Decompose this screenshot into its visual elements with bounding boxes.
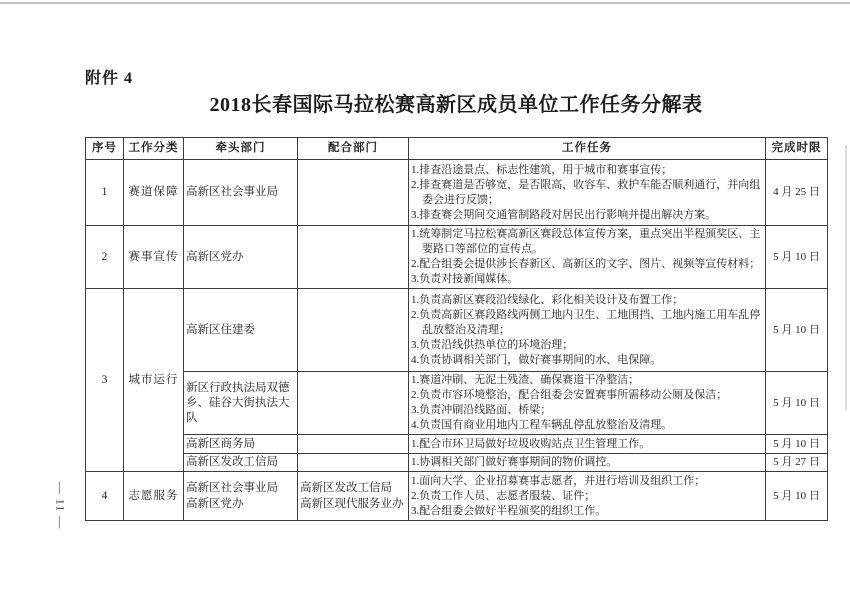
scan-artifact-top-edge	[0, 2, 850, 4]
cell-category: 赛事宣传	[124, 226, 184, 289]
task-item: 4.负责协调相关部门，做好赛事期间的水、电保障。	[411, 353, 763, 368]
cell-seq: 3	[86, 289, 124, 472]
cell-lead-dept: 新区行政执法局双德乡、硅谷大街执法大队	[184, 372, 298, 435]
cell-lead-dept: 高新区党办	[184, 226, 298, 289]
table-row: 3 城市运行 高新区住建委 1.负责高新区赛段沿线绿化、彩化相关设计及布置工作；…	[86, 289, 828, 372]
task-item: 1.配合市环卫局做好垃圾收购站点卫生管理工作。	[411, 437, 763, 452]
cell-tasks: 1.统筹制定马拉松赛高新区赛段总体宣传方案，重点突出半程颁奖区、主要路口等部位的…	[409, 226, 766, 289]
dept-line: 高新区现代服务业办	[300, 496, 406, 512]
cell-lead-dept: 高新区住建委	[184, 289, 298, 372]
task-item: 1.面向大学、企业招募赛事志愿者，并进行培训及组织工作；	[411, 474, 763, 489]
task-item: 3.负责沿线供热单位的环境治理；	[411, 338, 763, 353]
table-row: 高新区商务局 1.配合市环卫局做好垃圾收购站点卫生管理工作。 5 月 10 日	[86, 435, 828, 454]
attachment-label: 附件 4	[85, 65, 133, 88]
cell-seq: 4	[86, 472, 124, 521]
task-table: 序号 工作分类 牵头部门 配合部门 工作任务 完成时限 1 赛道保障 高新区社会…	[85, 137, 828, 521]
cell-support-dept	[298, 372, 409, 435]
task-item: 1.协调相关部门做好赛事期间的物价调控。	[411, 455, 763, 470]
cell-category: 城市运行	[124, 289, 184, 472]
cell-category: 志愿服务	[124, 472, 184, 521]
task-item: 3.负责冲刷沿线路面、桥梁；	[411, 403, 763, 418]
cell-tasks: 1.面向大学、企业招募赛事志愿者，并进行培训及组织工作；2.负责工作人员、志愿者…	[409, 472, 766, 521]
header-lead-dept: 牵头部门	[184, 138, 298, 160]
header-support-dept: 配合部门	[298, 138, 409, 160]
cell-deadline: 5 月 10 日	[766, 435, 828, 454]
task-item: 3.配合组委会做好半程颁奖的组织工作。	[411, 504, 763, 519]
task-item: 1.负责高新区赛段沿线绿化、彩化相关设计及布置工作；	[411, 293, 763, 308]
task-item: 2.排查赛道是否够宽，是否限高，收容车、救护车能否顺利通行，并向组委会进行反馈；	[411, 178, 763, 208]
page-title: 2018长春国际马拉松赛高新区成员单位工作任务分解表	[85, 88, 827, 117]
cell-support-dept	[298, 435, 409, 454]
task-item: 1.赛道冲刷、无泥土残渣、确保赛道干净整洁；	[411, 373, 763, 388]
header-deadline: 完成时限	[766, 138, 828, 160]
cell-tasks: 1.配合市环卫局做好垃圾收购站点卫生管理工作。	[409, 435, 766, 454]
task-item: 2.负责工作人员、志愿者服装、证件；	[411, 489, 763, 504]
table-row: 2 赛事宣传 高新区党办 1.统筹制定马拉松赛高新区赛段总体宣传方案，重点突出半…	[86, 226, 828, 289]
task-item: 1.排查沿途景点、标志性建筑，用于城市和赛事宣传；	[411, 163, 763, 178]
dept-line: 高新区发改工信局	[300, 480, 406, 496]
cell-tasks: 1.赛道冲刷、无泥土残渣、确保赛道干净整洁；2.负责市容环境整治，配合组委会安置…	[409, 372, 766, 435]
cell-lead-dept: 高新区商务局	[184, 435, 298, 454]
task-item: 1.统筹制定马拉松赛高新区赛段总体宣传方案，重点突出半程颁奖区、主要路口等部位的…	[411, 227, 763, 257]
task-item: 2.负责市容环境整治，配合组委会安置赛事所需移动公厕及保洁；	[411, 388, 763, 403]
cell-lead-dept: 高新区社会事业局	[184, 160, 298, 226]
cell-tasks: 1.负责高新区赛段沿线绿化、彩化相关设计及布置工作；2.负责高新区赛段路线两侧工…	[409, 289, 766, 372]
cell-support-dept	[298, 454, 409, 472]
cell-support-dept	[298, 226, 409, 289]
table-row: 1 赛道保障 高新区社会事业局 1.排查沿途景点、标志性建筑，用于城市和赛事宣传…	[86, 160, 828, 226]
cell-support-dept	[298, 160, 409, 226]
scan-artifact-right-edge	[845, 145, 847, 410]
cell-category: 赛道保障	[124, 160, 184, 226]
document-page: 附件 4 2018长春国际马拉松赛高新区成员单位工作任务分解表 — 11 — 序…	[0, 0, 850, 602]
task-item: 3.负责对接新闻媒体。	[411, 272, 763, 287]
header-tasks: 工作任务	[409, 138, 766, 160]
cell-seq: 2	[86, 226, 124, 289]
header-category: 工作分类	[124, 138, 184, 160]
table-row: 高新区发改工信局 1.协调相关部门做好赛事期间的物价调控。 5 月 27 日	[86, 454, 828, 472]
cell-support-dept: 高新区发改工信局高新区现代服务业办	[298, 472, 409, 521]
cell-lead-dept: 高新区发改工信局	[184, 454, 298, 472]
table-row: 新区行政执法局双德乡、硅谷大街执法大队 1.赛道冲刷、无泥土残渣、确保赛道干净整…	[86, 372, 828, 435]
cell-deadline: 4 月 25 日	[766, 160, 828, 226]
cell-deadline: 5 月 10 日	[766, 289, 828, 372]
cell-support-dept	[298, 289, 409, 372]
task-item: 4.负责国有商业用地内工程车辆乱停乱放整治及清理。	[411, 418, 763, 433]
task-item: 2.配合组委会提供涉长春新区、高新区的文字、图片、视频等宣传材料；	[411, 257, 763, 272]
cell-lead-dept: 高新区社会事业局高新区党办	[184, 472, 298, 521]
cell-seq: 1	[86, 160, 124, 226]
table-row: 4 志愿服务 高新区社会事业局高新区党办 高新区发改工信局高新区现代服务业办 1…	[86, 472, 828, 521]
cell-deadline: 5 月 10 日	[766, 472, 828, 521]
page-number: — 11 —	[53, 476, 68, 536]
cell-tasks: 1.协调相关部门做好赛事期间的物价调控。	[409, 454, 766, 472]
task-item: 3.排查赛会期间交通管制路段对居民出行影响并提出解决方案。	[411, 208, 763, 223]
cell-deadline: 5 月 27 日	[766, 454, 828, 472]
cell-deadline: 5 月 10 日	[766, 226, 828, 289]
header-no: 序号	[86, 138, 124, 160]
cell-tasks: 1.排查沿途景点、标志性建筑，用于城市和赛事宣传；2.排查赛道是否够宽，是否限高…	[409, 160, 766, 226]
cell-deadline: 5 月 10 日	[766, 372, 828, 435]
task-item: 2.负责高新区赛段路线两侧工地内卫生、工地围挡、工地内施工用车乱停乱放整治及清理…	[411, 308, 763, 338]
table-header-row: 序号 工作分类 牵头部门 配合部门 工作任务 完成时限	[86, 138, 828, 160]
dept-line: 高新区党办	[186, 496, 295, 512]
dept-line: 高新区社会事业局	[186, 480, 295, 496]
